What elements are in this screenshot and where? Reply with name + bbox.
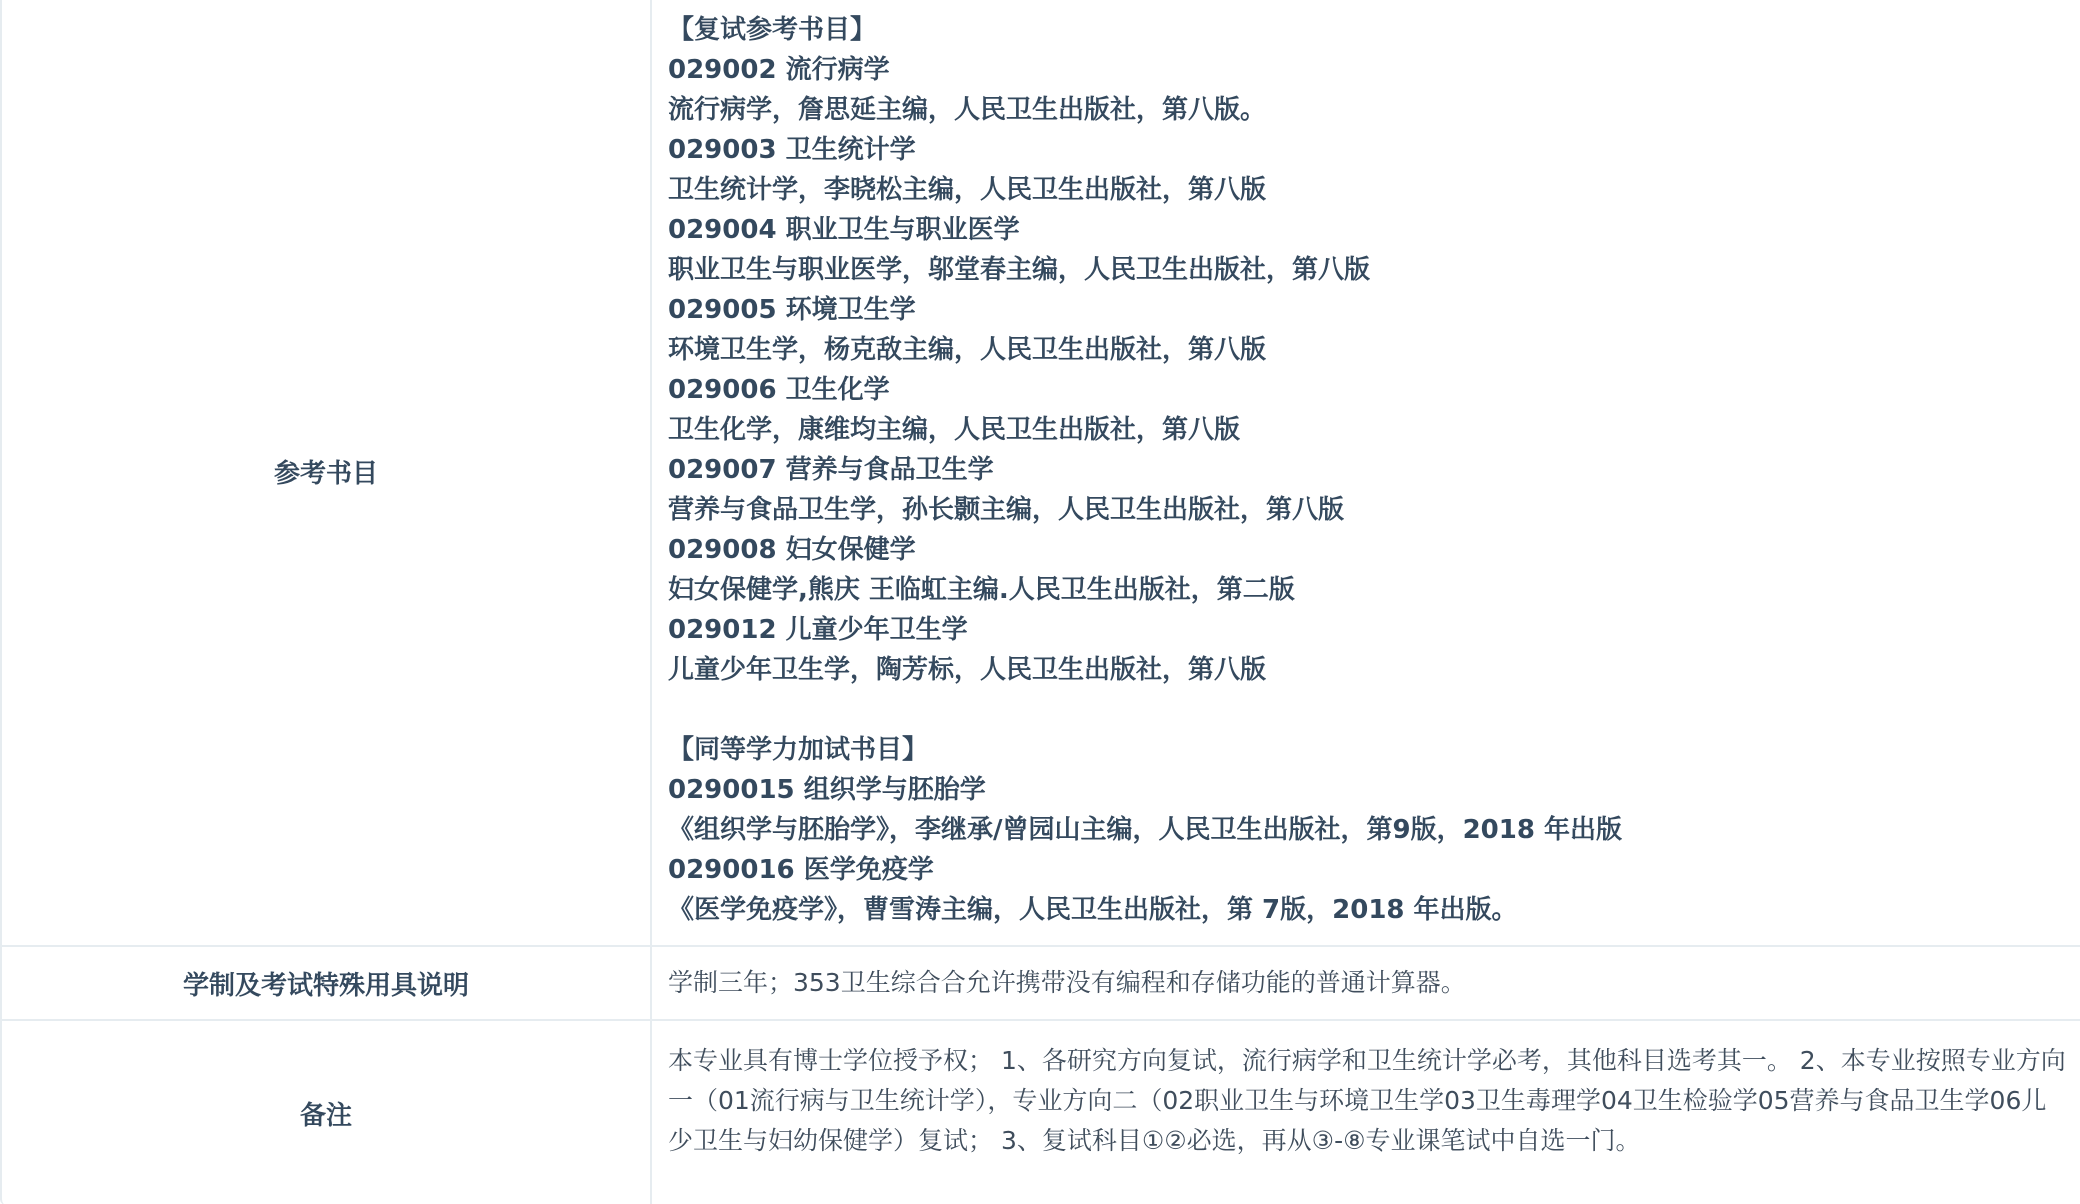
course-title: 029005 环境卫生学 <box>668 290 2068 330</box>
section-heading-equivalent-books: 【同等学力加试书目】 <box>668 730 2068 770</box>
label-cell: 参考书目 <box>2 0 652 945</box>
book-entry: 职业卫生与职业医学，邬堂春主编，人民卫生出版社，第八版 <box>668 250 2068 290</box>
book-entry: 环境卫生学，杨克敌主编，人民卫生出版社，第八版 <box>668 330 2068 370</box>
course-title: 029012 儿童少年卫生学 <box>668 610 2068 650</box>
label-cell: 学制及考试特殊用具说明 <box>2 947 652 1019</box>
book-entry: 卫生化学，康维均主编，人民卫生出版社，第八版 <box>668 410 2068 450</box>
book-entry: 流行病学，詹思延主编，人民卫生出版社，第八版。 <box>668 90 2068 130</box>
remarks-text: 本专业具有博士学位授予权； 1、各研究方向复试，流行病学和卫生统计学必考，其他科… <box>668 1041 2068 1161</box>
course-title: 029006 卫生化学 <box>668 370 2068 410</box>
study-and-exam-tools-text: 学制三年；353卫生综合合允许携带没有编程和存储功能的普通计算器。 <box>668 963 1466 1003</box>
course-title: 029007 营养与食品卫生学 <box>668 450 2068 490</box>
book-entry: 儿童少年卫生学，陶芳标，人民卫生出版社，第八版 <box>668 650 2068 690</box>
info-table: 参考书目 【复试参考书目】 029002 流行病学 流行病学，詹思延主编，人民卫… <box>0 0 2080 1204</box>
course-title: 029008 妇女保健学 <box>668 530 2068 570</box>
value-cell-remarks: 本专业具有博士学位授予权； 1、各研究方向复试，流行病学和卫生统计学必考，其他科… <box>652 1021 2080 1204</box>
book-entry: 《组织学与胚胎学》，李继承/曾园山主编，人民卫生出版社，第9版，2018 年出版 <box>668 810 2068 850</box>
value-cell-reference-books: 【复试参考书目】 029002 流行病学 流行病学，詹思延主编，人民卫生出版社，… <box>652 0 2080 945</box>
row-label-study-and-exam-tools: 学制及考试特殊用具说明 <box>183 965 469 1002</box>
blank-line <box>668 690 2068 730</box>
book-entry: 营养与食品卫生学，孙长颢主编，人民卫生出版社，第八版 <box>668 490 2068 530</box>
course-title: 029003 卫生统计学 <box>668 130 2068 170</box>
table-row-remarks: 备注 本专业具有博士学位授予权； 1、各研究方向复试，流行病学和卫生统计学必考，… <box>2 1021 2080 1204</box>
course-title: 029004 职业卫生与职业医学 <box>668 210 2068 250</box>
book-entry: 卫生统计学，李晓松主编，人民卫生出版社，第八版 <box>668 170 2068 210</box>
table-row-reference-books: 参考书目 【复试参考书目】 029002 流行病学 流行病学，詹思延主编，人民卫… <box>2 0 2080 947</box>
course-title: 029002 流行病学 <box>668 50 2068 90</box>
value-cell-study-and-exam-tools: 学制三年；353卫生综合合允许携带没有编程和存储功能的普通计算器。 <box>652 947 2080 1019</box>
course-title: 0290015 组织学与胚胎学 <box>668 770 2068 810</box>
course-title: 0290016 医学免疫学 <box>668 850 2068 890</box>
table-row-study-and-exam-tools: 学制及考试特殊用具说明 学制三年；353卫生综合合允许携带没有编程和存储功能的普… <box>2 947 2080 1021</box>
book-entry: 妇女保健学,熊庆 王临虹主编.人民卫生出版社，第二版 <box>668 570 2068 610</box>
row-label-remarks: 备注 <box>300 1095 352 1132</box>
section-heading-retest-books: 【复试参考书目】 <box>668 10 2068 50</box>
row-label-reference-books: 参考书目 <box>274 453 378 490</box>
label-cell: 备注 <box>2 1021 652 1204</box>
book-entry: 《医学免疫学》，曹雪涛主编，人民卫生出版社，第 7版，2018 年出版。 <box>668 890 2068 930</box>
